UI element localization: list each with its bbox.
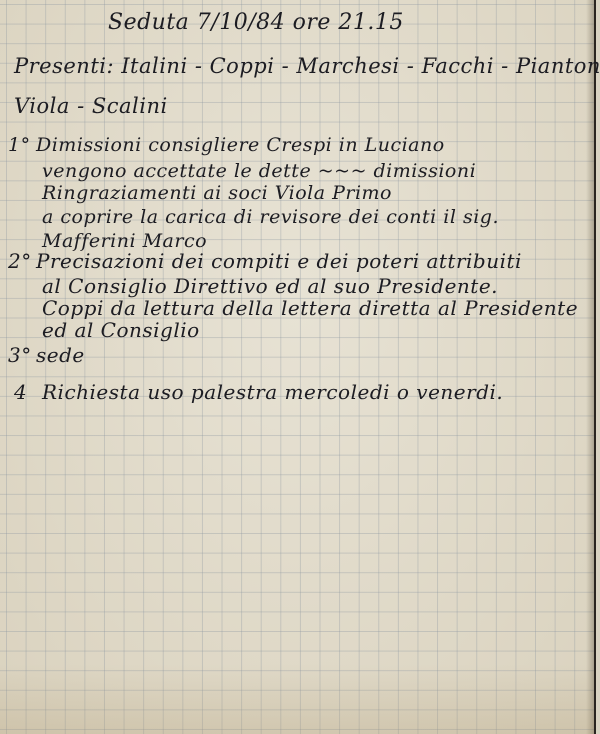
item-number: 2° — [8, 249, 36, 273]
agenda-item-2-line-3: Coppi da lettura della lettera diretta a… — [42, 296, 578, 320]
agenda-item-1-line-2: vengono accettate le dette ~~~ dimission… — [42, 160, 476, 182]
page-edge-shadow — [586, 0, 594, 734]
meeting-title: Seduta 7/10/84 ore 21.15 — [108, 10, 404, 35]
agenda-item-2-line-4: ed al Consiglio — [42, 318, 200, 342]
item-text: Precisazioni dei compiti e dei poteri at… — [36, 249, 522, 273]
attendees-line-1: Presenti: Italini - Coppi - Marchesi - F… — [14, 54, 600, 78]
item-number: 3° — [8, 343, 36, 367]
item-text: sede — [36, 343, 85, 367]
agenda-item-1-line-4: a coprire la carica di revisore dei cont… — [42, 206, 499, 228]
agenda-item-4: 4Richiesta uso palestra mercoledi o vene… — [14, 380, 503, 404]
notebook-page: Seduta 7/10/84 ore 21.15 Presenti: Itali… — [0, 0, 596, 734]
agenda-item-2: 2°Precisazioni dei compiti e dei poteri … — [8, 249, 522, 273]
agenda-item-1: 1°Dimissioni consigliere Crespi in Lucia… — [8, 134, 445, 156]
agenda-item-1-line-3: Ringraziamenti ai soci Viola Primo — [42, 182, 392, 204]
agenda-item-2-line-2: al Consiglio Direttivo ed al suo Preside… — [42, 274, 498, 298]
item-text: Richiesta uso palestra mercoledi o vener… — [42, 380, 503, 404]
paper-stain — [0, 664, 594, 734]
agenda-item-3: 3°sede — [8, 343, 85, 367]
item-number: 4 — [14, 380, 42, 404]
item-text: Dimissioni consigliere Crespi in Luciano — [36, 134, 445, 156]
attendees-line-2: Viola - Scalini — [14, 94, 168, 118]
item-number: 1° — [8, 134, 36, 156]
